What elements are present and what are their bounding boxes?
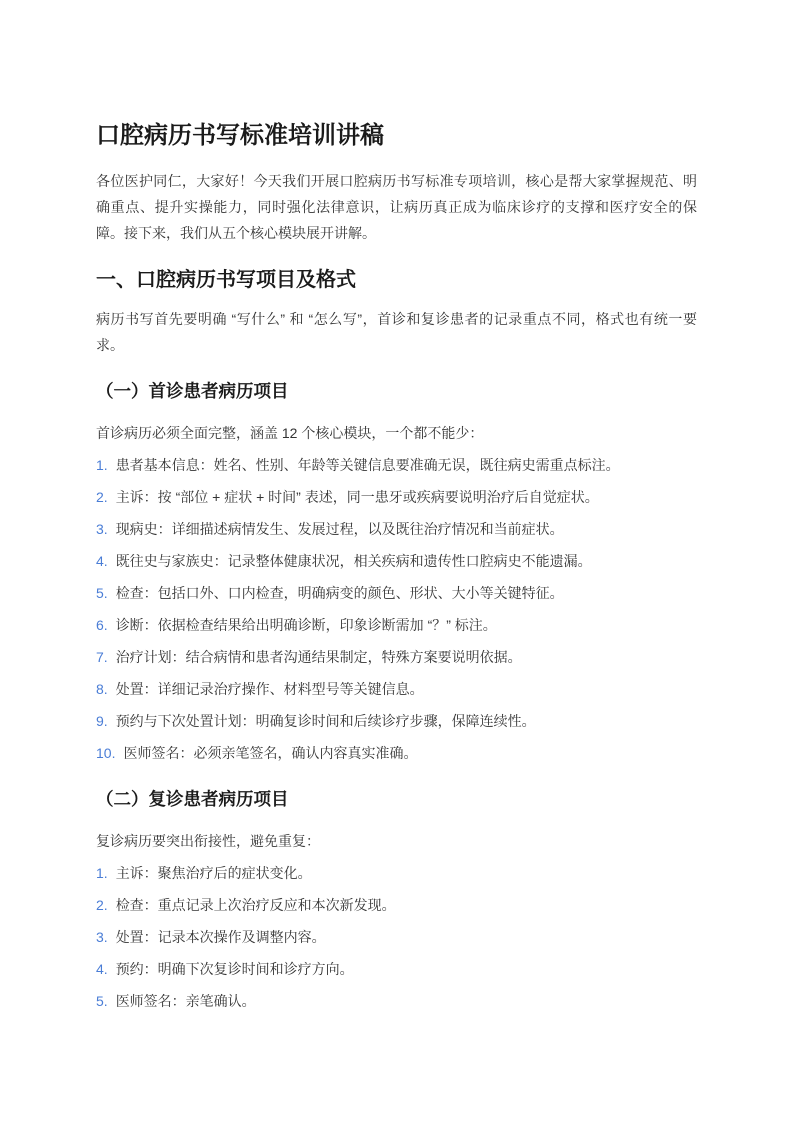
list-item-text: 现病史：详细描述病情发生、发展过程，以及既往治疗情况和当前症状。 <box>116 521 564 537</box>
list-item-text: 检查：重点记录上次治疗反应和本次新发现。 <box>116 897 396 913</box>
list-item-text: 预约：明确下次复诊时间和诊疗方向。 <box>116 961 354 977</box>
list-item-number: 4. <box>96 553 108 569</box>
list-item-number: 3. <box>96 521 108 537</box>
list-item-text: 主诉：聚焦治疗后的症状变化。 <box>116 865 312 881</box>
list-item-number: 5. <box>96 993 108 1009</box>
list-item: 1.主诉：聚焦治疗后的症状变化。 <box>96 860 697 886</box>
list-item-number: 1. <box>96 457 108 473</box>
list-item: 5.检查：包括口外、口内检查，明确病变的颜色、形状、大小等关键特征。 <box>96 580 697 606</box>
list-item: 5.医师签名：亲笔确认。 <box>96 988 697 1014</box>
list-item-text: 主诉：按 “部位 + 症状 + 时间” 表述，同一患牙或疾病要说明治疗后自觉症状… <box>116 489 599 505</box>
list-item-number: 4. <box>96 961 108 977</box>
section-1-intro: 病历书写首先要明确 “写什么” 和 “怎么写”，首诊和复诊患者的记录重点不同，格… <box>96 306 697 358</box>
list-item-text: 治疗计划：结合病情和患者沟通结果制定，特殊方案要说明依据。 <box>116 649 522 665</box>
list-item: 6.诊断：依据检查结果给出明确诊断，印象诊断需加 “？” 标注。 <box>96 612 697 638</box>
list-item: 4.既往史与家族史：记录整体健康状况，相关疾病和遗传性口腔病史不能遗漏。 <box>96 548 697 574</box>
list-item: 2.检查：重点记录上次治疗反应和本次新发现。 <box>96 892 697 918</box>
list-item-number: 5. <box>96 585 108 601</box>
first-visit-record-list: 1.患者基本信息：姓名、性别、年龄等关键信息要准确无误，既往病史需重点标注。 2… <box>96 452 697 766</box>
list-item-text: 预约与下次处置计划：明确复诊时间和后续诊疗步骤，保障连续性。 <box>116 713 536 729</box>
list-item-number: 10. <box>96 745 115 761</box>
intro-paragraph: 各位医护同仁，大家好！今天我们开展口腔病历书写标准专项培训，核心是帮大家掌握规范… <box>96 168 697 246</box>
list-item-number: 1. <box>96 865 108 881</box>
document-title: 口腔病历书写标准培训讲稿 <box>96 119 697 153</box>
list-item-text: 处置：详细记录治疗操作、材料型号等关键信息。 <box>116 681 424 697</box>
list-item: 8.处置：详细记录治疗操作、材料型号等关键信息。 <box>96 676 697 702</box>
list-item: 4.预约：明确下次复诊时间和诊疗方向。 <box>96 956 697 982</box>
subsection-revisit-heading: （二）复诊患者病历项目 <box>96 786 697 812</box>
list-item: 7.治疗计划：结合病情和患者沟通结果制定，特殊方案要说明依据。 <box>96 644 697 670</box>
list-item: 9.预约与下次处置计划：明确复诊时间和后续诊疗步骤，保障连续性。 <box>96 708 697 734</box>
subsection-first-visit-heading: （一）首诊患者病历项目 <box>96 378 697 404</box>
section-1-heading: 一、口腔病历书写项目及格式 <box>96 266 697 294</box>
list-item-number: 2. <box>96 489 108 505</box>
list-item-text: 诊断：依据检查结果给出明确诊断，印象诊断需加 “？” 标注。 <box>116 617 497 633</box>
document-page: 口腔病历书写标准培训讲稿 各位医护同仁，大家好！今天我们开展口腔病历书写标准专项… <box>0 0 793 1122</box>
list-item-number: 3. <box>96 929 108 945</box>
list-item-text: 既往史与家族史：记录整体健康状况，相关疾病和遗传性口腔病史不能遗漏。 <box>116 553 592 569</box>
list-item: 3.现病史：详细描述病情发生、发展过程，以及既往治疗情况和当前症状。 <box>96 516 697 542</box>
list-item-number: 9. <box>96 713 108 729</box>
list-item-text: 患者基本信息：姓名、性别、年龄等关键信息要准确无误，既往病史需重点标注。 <box>116 457 620 473</box>
list-item-text: 医师签名：亲笔确认。 <box>116 993 256 1009</box>
list-item-text: 医师签名：必须亲笔签名，确认内容真实准确。 <box>123 745 417 761</box>
list-item: 2.主诉：按 “部位 + 症状 + 时间” 表述，同一患牙或疾病要说明治疗后自觉… <box>96 484 697 510</box>
subsection-first-visit-intro: 首诊病历必须全面完整，涵盖 12 个核心模块，一个都不能少： <box>96 420 697 446</box>
revisit-record-list: 1.主诉：聚焦治疗后的症状变化。 2.检查：重点记录上次治疗反应和本次新发现。 … <box>96 860 697 1014</box>
list-item: 3.处置：记录本次操作及调整内容。 <box>96 924 697 950</box>
list-item: 10.医师签名：必须亲笔签名，确认内容真实准确。 <box>96 740 697 766</box>
list-item-number: 8. <box>96 681 108 697</box>
list-item-number: 7. <box>96 649 108 665</box>
list-item: 1.患者基本信息：姓名、性别、年龄等关键信息要准确无误，既往病史需重点标注。 <box>96 452 697 478</box>
list-item-number: 6. <box>96 617 108 633</box>
list-item-text: 检查：包括口外、口内检查，明确病变的颜色、形状、大小等关键特征。 <box>116 585 564 601</box>
subsection-revisit-intro: 复诊病历要突出衔接性，避免重复： <box>96 828 697 854</box>
list-item-text: 处置：记录本次操作及调整内容。 <box>116 929 326 945</box>
list-item-number: 2. <box>96 897 108 913</box>
